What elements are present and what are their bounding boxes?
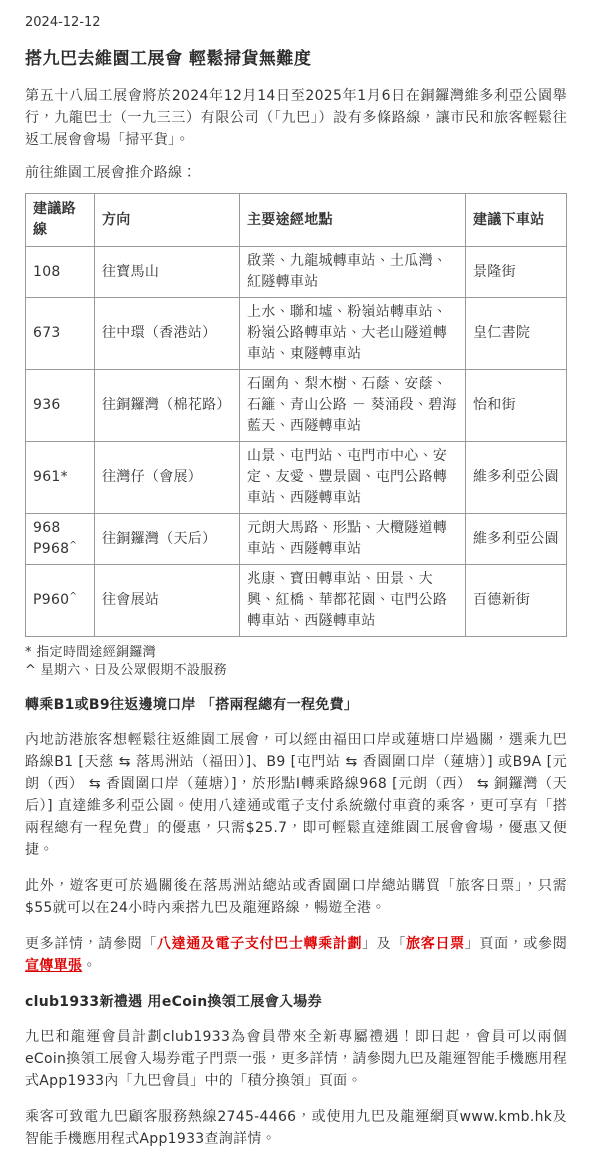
alight-stop-cell: 怡和街 xyxy=(466,370,567,442)
route-number-cell: 673 xyxy=(26,298,95,370)
interchange-paragraph-2: 此外，遊客更可於過關後在落馬洲站總站或香園圍口岸總站購買「旅客日票」，只需$55… xyxy=(25,875,567,919)
route-table-body: 108往寶馬山啟業、九龍城轉車站、土瓜灣、紅隧轉車站景隆街673往中環（香港站）… xyxy=(26,247,567,637)
via-stops-cell: 元朗大馬路、形點、大欖隧道轉車站、西隧轉車站 xyxy=(240,514,466,565)
header-row: 建議路線方向主要途經地點建議下車站 xyxy=(26,194,567,247)
table-row: 968P968^往銅鑼灣（天后）元朗大馬路、形點、大欖隧道轉車站、西隧轉車站維多… xyxy=(26,514,567,565)
release-date: 2024-12-12 xyxy=(25,14,567,32)
alight-stop-cell: 皇仁書院 xyxy=(466,298,567,370)
route-number-cell: P960^ xyxy=(26,565,95,637)
club1933-paragraph: 九巴和龍運會員計劃club1933為會員帶來全新專屬禮遇！即日起，會員可以兩個e… xyxy=(25,1026,567,1092)
footnote: ^ 星期六、日及公眾假期不設服務 xyxy=(25,662,567,680)
contact-paragraph: 乘客可致電九巴顧客服務熱線2745-4466，或使用九巴及龍運網頁www.kmb… xyxy=(25,1106,567,1150)
column-header: 建議下車站 xyxy=(466,194,567,247)
route-footnote-marker: ^ xyxy=(69,591,77,601)
leaflet-link[interactable]: 宣傳單張 xyxy=(25,958,82,974)
direction-cell: 往中環（香港站） xyxy=(95,298,240,370)
table-row: 108往寶馬山啟業、九龍城轉車站、土瓜灣、紅隧轉車站景隆街 xyxy=(26,247,567,298)
alight-stop-cell: 維多利亞公園 xyxy=(466,442,567,514)
column-header: 建議路線 xyxy=(26,194,95,247)
via-stops-cell: 山景、屯門站、屯門市中心、安定、友愛、豐景園、屯門公路轉車站、西隧轉車站 xyxy=(240,442,466,514)
column-header: 主要途經地點 xyxy=(240,194,466,247)
more-info-text: 」及「 xyxy=(362,936,406,952)
alight-stop-cell: 百德新街 xyxy=(466,565,567,637)
route-table: 建議路線方向主要途經地點建議下車站 108往寶馬山啟業、九龍城轉車站、土瓜灣、紅… xyxy=(25,193,567,637)
via-stops-cell: 上水、聯和墟、粉嶺站轉車站、粉嶺公路轉車站、大老山隧道轉車站、東隧轉車站 xyxy=(240,298,466,370)
intro-paragraph: 第五十八屆工展會將於2024年12月14日至2025年1月6日在銅鑼灣維多利亞公… xyxy=(25,85,567,151)
via-stops-cell: 石圍角、梨木樹、石蔭、安蔭、石籬、青山公路 － 葵涌段、碧海藍天、西隧轉車站 xyxy=(240,370,466,442)
interchange-paragraph-1: 內地訪港旅客想輕鬆往返維園工展會，可以經由福田口岸或蓮塘口岸過關，選乘九巴路線B… xyxy=(25,729,567,861)
page-title: 搭九巴去維園工展會 輕鬆掃貨無難度 xyxy=(25,48,567,71)
direction-cell: 往灣仔（會展） xyxy=(95,442,240,514)
column-header: 方向 xyxy=(95,194,240,247)
table-footnotes: * 指定時間途經銅鑼灣^ 星期六、日及公眾假期不設服務 xyxy=(25,644,567,680)
alight-stop-cell: 維多利亞公園 xyxy=(466,514,567,565)
table-row: 936往銅鑼灣（棉花路）石圍角、梨木樹、石蔭、安蔭、石籬、青山公路 － 葵涌段、… xyxy=(26,370,567,442)
route-number-cell: 968P968^ xyxy=(26,514,95,565)
table-row: 673往中環（香港站）上水、聯和墟、粉嶺站轉車站、粉嶺公路轉車站、大老山隧道轉車… xyxy=(26,298,567,370)
table-row: 961*往灣仔（會展）山景、屯門站、屯門市中心、安定、友愛、豐景園、屯門公路轉車… xyxy=(26,442,567,514)
more-info-text: 。 xyxy=(82,958,96,974)
press-release-page: 2024-12-12 搭九巴去維園工展會 輕鬆掃貨無難度 第五十八屆工展會將於2… xyxy=(0,0,592,1164)
direction-cell: 往銅鑼灣（天后） xyxy=(95,514,240,565)
route-number-cell: 108 xyxy=(26,247,95,298)
table-row: P960^往會展站兆康、寶田轉車站、田景、大興、紅橋、華都花園、屯門公路轉車站、… xyxy=(26,565,567,637)
more-info-text: 更多詳情，請參閱「 xyxy=(25,936,157,952)
route-table-header: 建議路線方向主要途經地點建議下車站 xyxy=(26,194,567,247)
route-number-cell: 961* xyxy=(26,442,95,514)
via-stops-cell: 兆康、寶田轉車站、田景、大興、紅橋、華都花園、屯門公路轉車站、西隧轉車站 xyxy=(240,565,466,637)
direction-cell: 往銅鑼灣（棉花路） xyxy=(95,370,240,442)
section-heading-interchange: 轉乘B1或B9往返邊境口岸 「搭兩程總有一程免費」 xyxy=(25,695,567,715)
more-info-paragraph: 更多詳情，請參閱「八達通及電子支付巴士轉乘計劃」及「旅客日票」頁面，或參閱宣傳單… xyxy=(25,933,567,977)
alight-stop-cell: 景隆街 xyxy=(466,247,567,298)
more-info-text: 」頁面，或參閱 xyxy=(465,936,567,952)
section-heading-club1933: club1933新禮遇 用eCoin換領工展會入場券 xyxy=(25,992,567,1012)
table-lead-text: 前往維園工展會推介路線： xyxy=(25,162,567,184)
octopus-interchange-scheme-link[interactable]: 八達通及電子支付巴士轉乘計劃 xyxy=(157,936,362,952)
route-number-cell: 936 xyxy=(26,370,95,442)
route-footnote-marker: ^ xyxy=(69,540,77,550)
via-stops-cell: 啟業、九龍城轉車站、土瓜灣、紅隧轉車站 xyxy=(240,247,466,298)
tourist-day-ticket-link[interactable]: 旅客日票 xyxy=(406,936,465,952)
direction-cell: 往寶馬山 xyxy=(95,247,240,298)
direction-cell: 往會展站 xyxy=(95,565,240,637)
footnote: * 指定時間途經銅鑼灣 xyxy=(25,644,567,662)
